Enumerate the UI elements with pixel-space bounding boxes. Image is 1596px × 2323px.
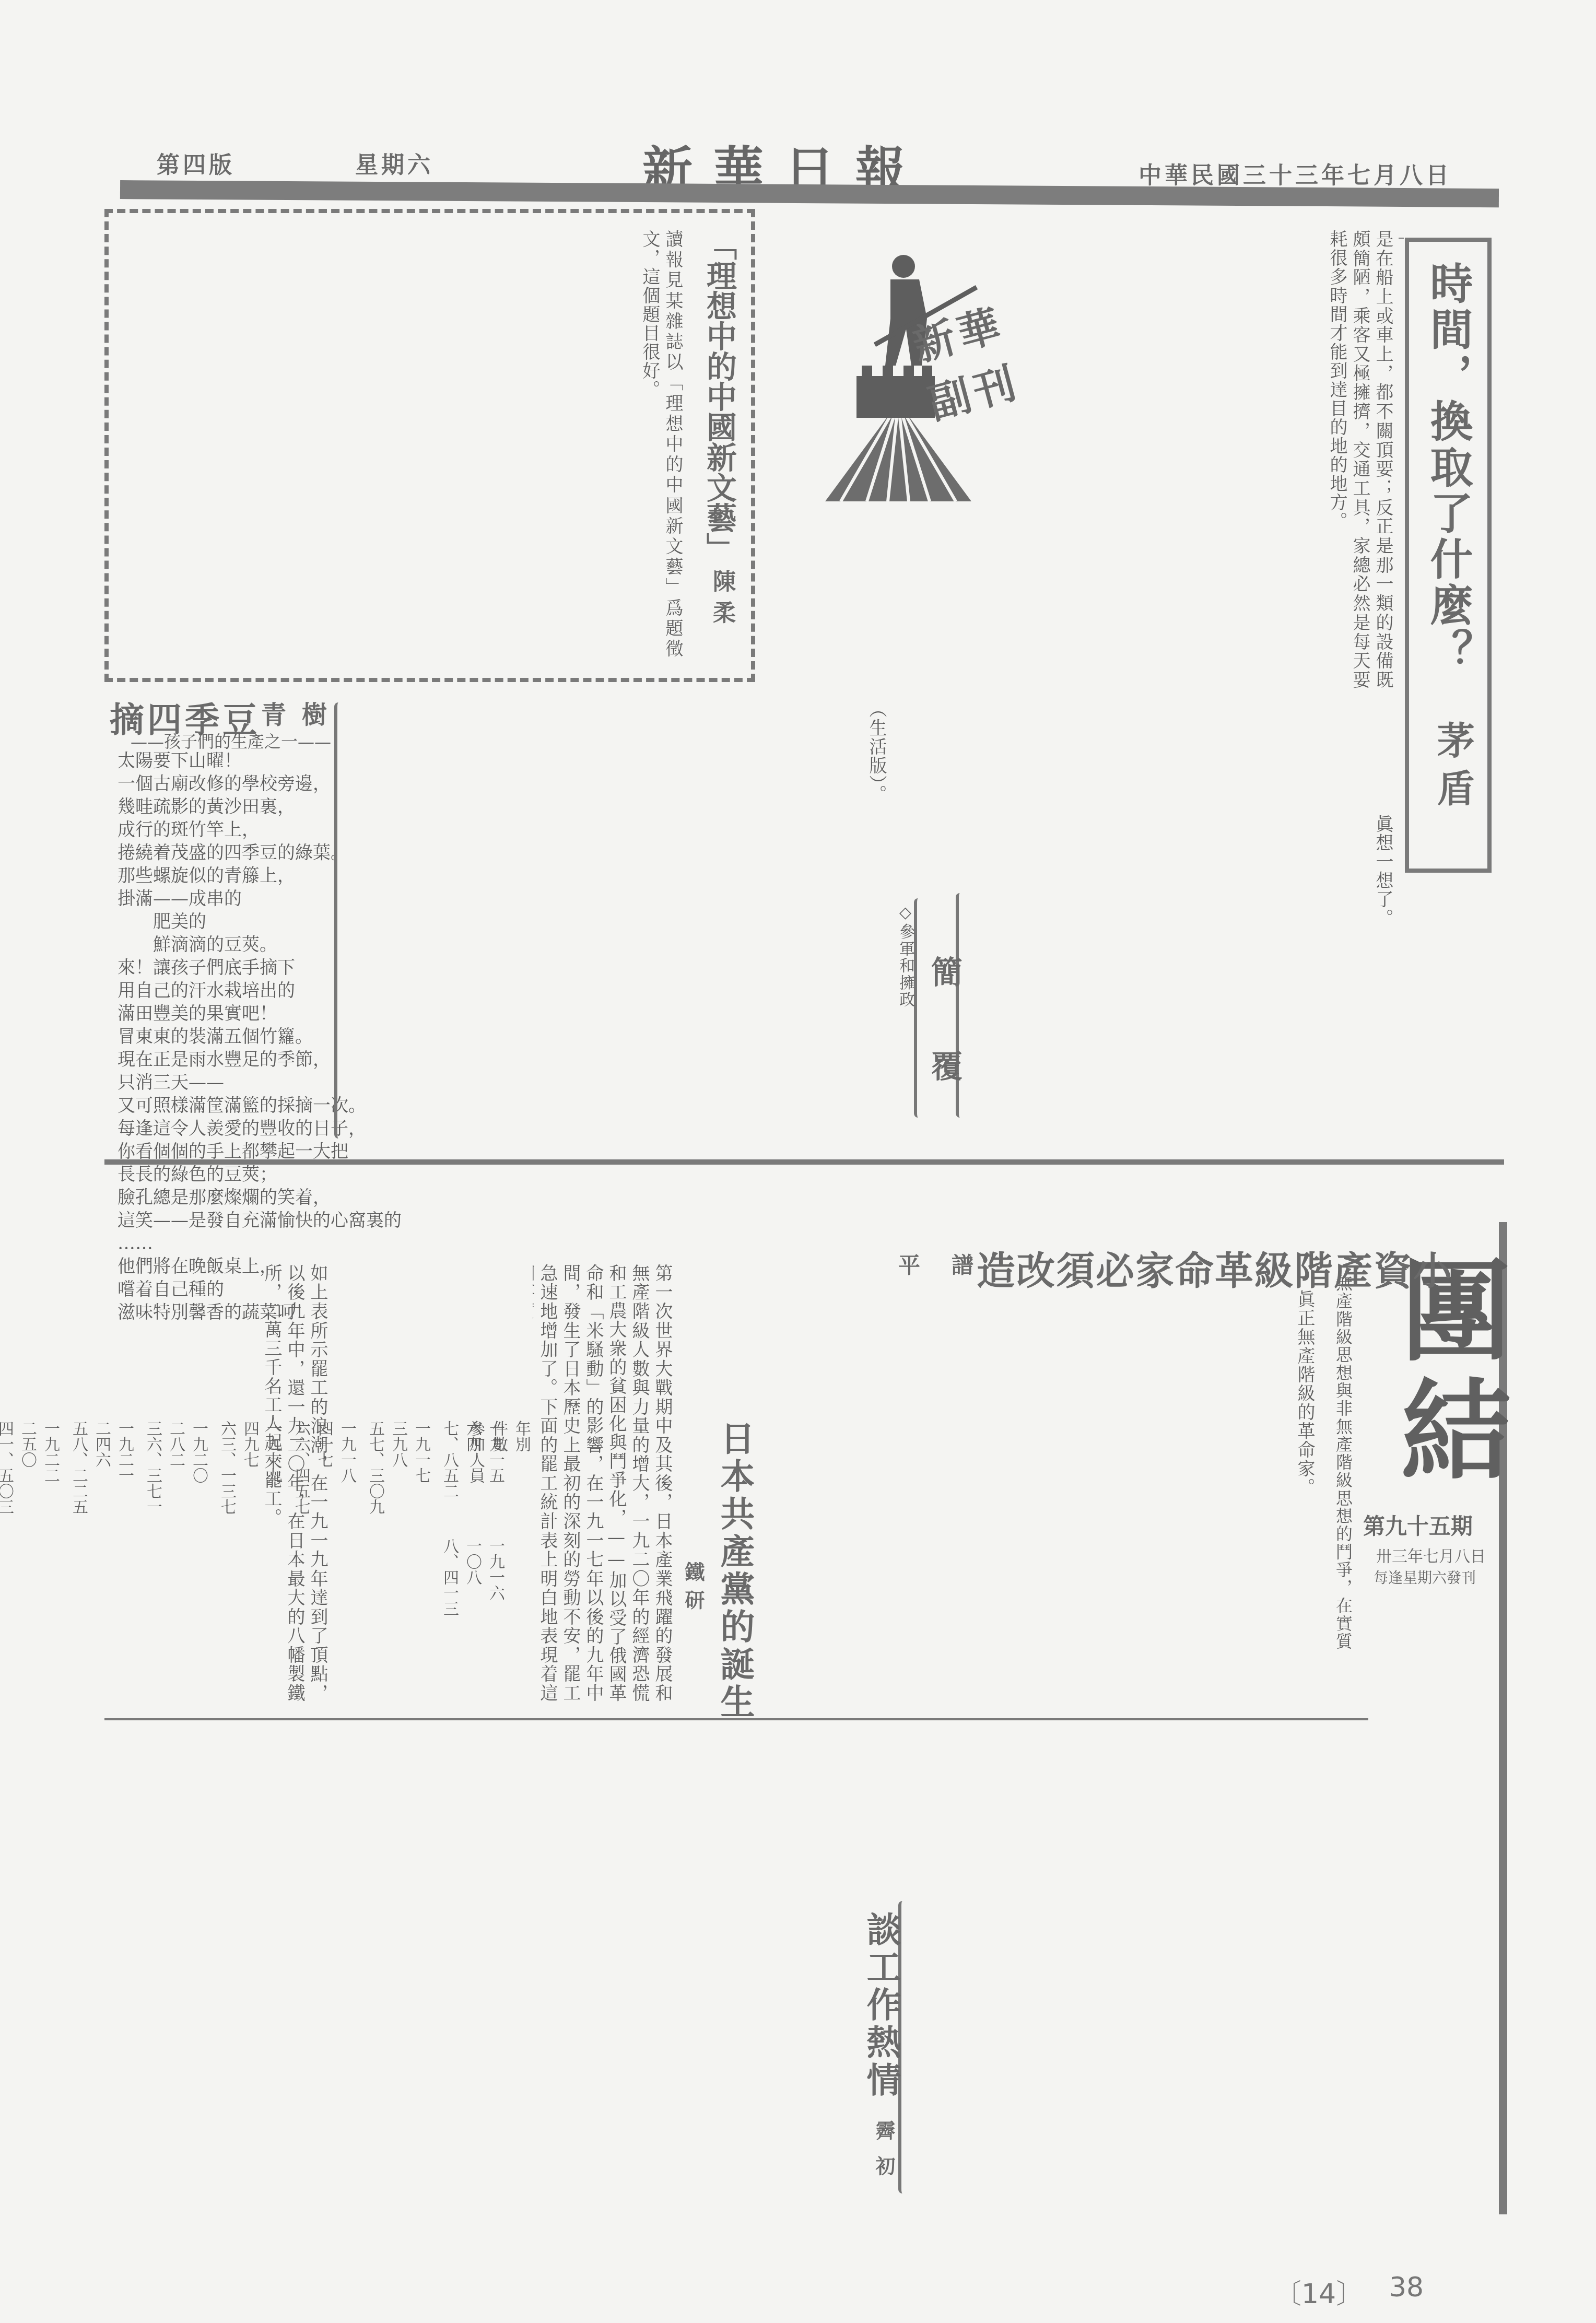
page-number: 38 — [1389, 2272, 1424, 2303]
time-article-body-cont — [898, 522, 1071, 804]
poem-line: 這笑——是發自充滿愉快的心窩裏的 — [118, 1209, 337, 1232]
tuanjie-intro: 無產階級思想與非無產階級思想的鬥爭，在實質上就是一種思想鬥爭 — [1332, 1274, 1355, 1650]
time-article-title: 時間，換取了什麼？ — [1418, 261, 1479, 675]
time-article-author: 茅盾 — [1426, 721, 1480, 817]
poem-line: 肥美的 — [118, 910, 337, 933]
brief-reply-tag: ◇參軍和擁政◇ — [896, 904, 917, 1008]
poem-line: 那些螺旋似的青籐上， — [118, 864, 337, 887]
poem-line: 幾畦疏影的黃沙田裏， — [118, 795, 337, 818]
poem-line: 臉孔總是那麼燦爛的笑着， — [118, 1186, 337, 1209]
poem-line: 滿田豐美的果實吧！ — [118, 1002, 337, 1025]
poem-line: 一個古廟改修的學校旁邊， — [118, 772, 337, 795]
poem-line: 掛滿——成串的 — [118, 887, 337, 910]
jcp-birth-author: 鐵研 — [679, 1562, 708, 1618]
poem-line: 成行的斑竹竿上， — [118, 818, 337, 841]
strike-statistics-table: 年別 件數 參加人員 一九一五六四七、八五二 一九一六一〇八八、四一三 一九一七… — [334, 1421, 533, 1640]
ideal-literature-body: 讀報見某雜誌以「理想中的中國新文藝」爲題徵文，這個題目很好。 — [125, 230, 684, 658]
petty-bourgeois-author: 譜平 — [898, 1248, 1005, 1280]
side-note: （生活版）。 — [866, 700, 887, 804]
weekday-label: 星期六 — [355, 146, 433, 180]
poem-body: 太陽要下山曜！ 一個古廟改修的學校旁邊， 幾畦疏影的黃沙田裏， 成行的斑竹竿上，… — [118, 749, 337, 1324]
poem-line: 來！讓孩子們底手摘下 — [118, 956, 337, 979]
poem-line: 長長的綠色的豆莢； — [118, 1163, 337, 1186]
poem-line: 只消三天—— — [118, 1071, 337, 1094]
poem-line: 太陽要下山曜！ — [118, 749, 337, 772]
work-passion-author: 霽初 — [870, 2120, 898, 2191]
petty-bourgeois-closing: 眞正無產階級的革命家。 — [1294, 1290, 1315, 1497]
time-article-body: 是在船上或車上，都不關頂要；反正是那一類的設備既頗簡陋，乘客又極擁擠，交通工具，… — [1076, 230, 1394, 689]
lower-right-body — [909, 1729, 1358, 2209]
brief-reply-title: 簡覆 — [922, 956, 967, 1144]
divider — [1399, 238, 1404, 239]
table-row: 一九二二二五〇四一、五〇三 — [0, 1421, 62, 1535]
lower-divider — [104, 1718, 1368, 1720]
brief-reply-closing: 眞想一想了。 — [1372, 815, 1393, 928]
ideal-literature-title: 「理想中的中國新文藝」 — [697, 230, 741, 563]
poem-author: 青樹 — [261, 695, 343, 731]
header-year: 年別 — [510, 1421, 533, 1483]
page-number-label: 第四版 — [157, 146, 235, 180]
poem-line: 捲繞着茂盛的四季豆的綠葉。 — [118, 841, 337, 864]
page-marker: 〔14〕 — [1274, 2272, 1363, 2311]
poem-line: 每逢這令人羨愛的豐收的日子， — [118, 1117, 337, 1140]
jcp-birth-title: 日本共產黨的誕生 — [710, 1421, 760, 1721]
middle-columns-body: （生活版）。 — [345, 700, 888, 1149]
date-label: 中華民國三十三年七月八日 — [1139, 157, 1452, 190]
petty-bourgeois-body: 眞正無產階級的革命家。 — [773, 1290, 1316, 1718]
tuanjie-issue: 第九十五期 — [1363, 1509, 1473, 1541]
poem-line: 又可照樣滿筐滿籃的採摘一次。 — [118, 1094, 337, 1117]
jcp-birth-intro: 第一次世界大戰期中及其後，日本產業飛躍的發展和無產階級人數與力量的增大，一九二〇… — [533, 1264, 674, 1703]
work-passion-title: 談工作熱情 — [856, 1911, 906, 2099]
supplement-banner: 新華副刊 — [762, 230, 1034, 501]
poem-line: 冒東東的裝滿五個竹籮。 — [118, 1025, 337, 1048]
right-middle-body: 眞想一想了。 — [966, 815, 1394, 1149]
table-row: 一九一五六四七、八五二 — [438, 1421, 507, 1520]
newspaper-page: 第四版 星期六 新華日報 中華民國三十三年七月八日 時間，換取了什麼？ 茅盾 是… — [0, 0, 1596, 2323]
poem-line: …… — [118, 1232, 337, 1255]
table-row: 一九一六一〇八八、四一三 — [438, 1538, 507, 1637]
jcp-birth-continued: 如上表所示罷工的浪潮，在一九一九年達到了頂點，以後九年中，還一九二〇年，在日本最… — [104, 1264, 329, 1703]
poem-line: 現在正是雨水豐足的季節， — [118, 1048, 337, 1071]
wavy-divider — [334, 702, 345, 1139]
petty-bourgeois-title: 小資產階級革命家必須改造 — [977, 1240, 1453, 1296]
poem-line: 用自己的汗水栽培出的 — [118, 979, 337, 1002]
poem-line: 鮮滴滴的豆莢。 — [118, 933, 337, 956]
work-passion-body — [104, 1729, 851, 2209]
table-row: 一九一七三九八五七、三〇九 — [363, 1421, 432, 1535]
section-divider — [104, 1159, 1504, 1165]
ideal-literature-author: 陳柔 — [705, 569, 738, 632]
tuanjie-schedule: 每逢星期六發刊 — [1374, 1567, 1476, 1588]
tuanjie-date: 卅三年七月八日 — [1376, 1543, 1486, 1566]
